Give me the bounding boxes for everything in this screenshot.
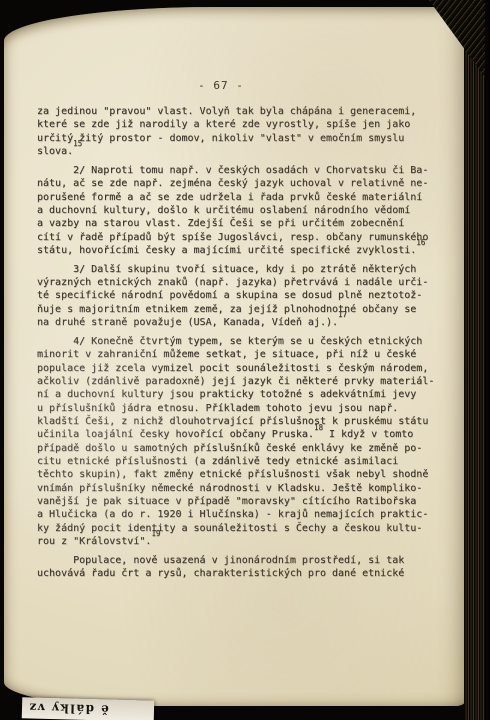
paragraph-2: 2/ Naproti tomu např. v českých osadách … <box>37 164 439 257</box>
footnote-ref: 15 <box>73 139 82 148</box>
footnote-ref: 18 <box>314 423 323 432</box>
footnote-ref: 16 <box>416 238 425 247</box>
book-page: - 67 - za jedinou "pravou" vlast. Volyň … <box>4 7 468 706</box>
photo-edge <box>485 0 490 720</box>
footnote-ref: 17 <box>338 310 347 319</box>
paper-scrap: ě dálky vz <box>22 697 155 720</box>
text-block: za jedinou "pravou" vlast. Volyň tak byl… <box>37 105 439 586</box>
paragraph-5: Populace, nově usazená v jinonárodním pr… <box>37 554 439 581</box>
footnote-ref: 19 <box>151 529 160 538</box>
paragraph-1: za jedinou "pravou" vlast. Volyň tak byl… <box>37 105 439 158</box>
scrap-text: ě dálky vz <box>28 701 109 717</box>
paragraph-3: 3/ Další skupinu tvoří situace, kdy i po… <box>37 263 439 330</box>
page-number-header: - 67 - <box>41 79 401 92</box>
paragraph-4: 4/ Konečně čtvrtým typem, se kterým se u… <box>37 335 439 549</box>
photo-background: - 67 - za jedinou "pravou" vlast. Volyň … <box>0 0 490 720</box>
